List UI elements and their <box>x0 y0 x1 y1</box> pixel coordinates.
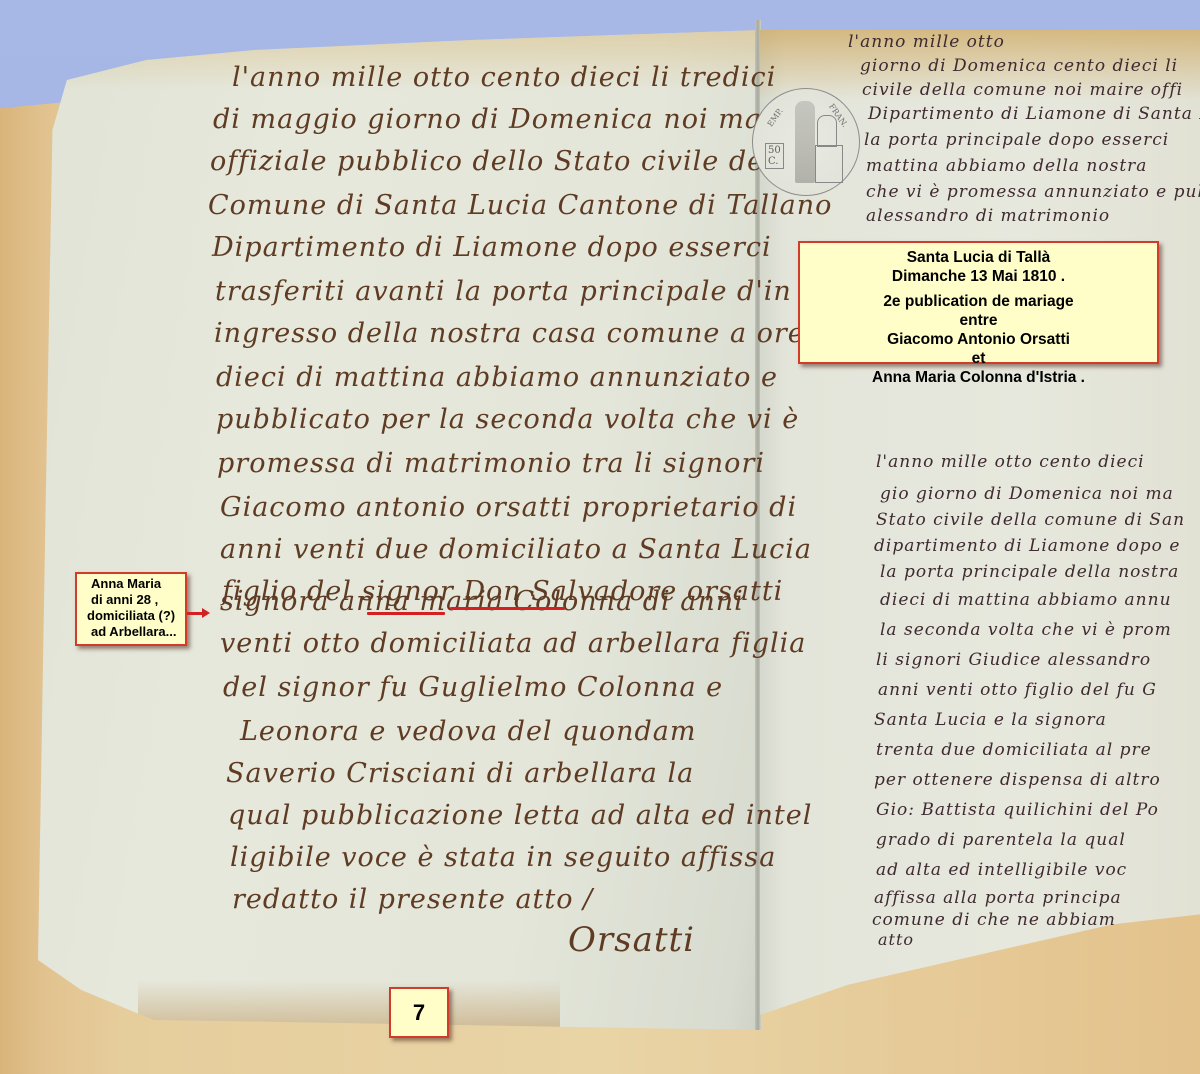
handwriting-line: li signori Giudice alessandro <box>876 650 1151 670</box>
arrow-right-icon <box>187 612 203 615</box>
handwriting-line: Stato civile della comune di San <box>876 510 1185 530</box>
handwriting-line: trasferiti avanti la porta principale d'… <box>215 276 792 307</box>
handwriting-line: qual pubblicazione letta ad alta ed inte… <box>228 800 812 831</box>
handwriting-line: Comune di Santa Lucia Cantone di Tallano <box>208 190 832 221</box>
annotation-groom: Giacomo Antonio Orsatti <box>800 330 1157 349</box>
handwriting-line: Dipartimento di Liamone di Santa Lucia <box>868 104 1200 124</box>
handwriting-line: Santa Lucia e la signora <box>874 710 1107 730</box>
handwriting-line: grado di parentela la qual <box>876 830 1126 850</box>
handwriting-line: la seconda volta che vi è prom <box>880 620 1172 640</box>
handwriting-line: Gio: Battista quilichini del Po <box>876 800 1159 820</box>
annotation-bride-details-box: Anna Maria di anni 28 , domiciliata (?) … <box>75 572 187 646</box>
underline-maria <box>450 607 565 610</box>
page-number-box: 7 <box>389 987 449 1038</box>
handwriting-line: ad alta ed intelligibile voc <box>876 860 1127 880</box>
handwriting-line: per ottenere dispensa di altro <box>874 770 1161 790</box>
handwriting-line: mattina abbiamo della nostra <box>866 156 1147 176</box>
handwriting-line: affissa alla porta principa <box>874 888 1122 908</box>
handwriting-line: ligibile voce è stata in seguito affissa <box>230 842 776 873</box>
handwriting-line: venti otto domiciliata ad arbellara figl… <box>220 628 806 659</box>
handwriting-line: la porta principale dopo esserci <box>864 130 1169 150</box>
annotation-place: Santa Lucia di Tallà <box>800 248 1157 267</box>
handwriting-line: dieci di mattina abbiamo annu <box>880 590 1172 610</box>
handwriting-line: alessandro di matrimonio <box>866 206 1110 226</box>
annotation-date: Dimanche 13 Mai 1810 . <box>800 267 1157 286</box>
underline-anna <box>367 612 445 615</box>
handwriting-line: la porta principale della nostra <box>880 562 1179 582</box>
handwriting-line: dipartimento di Liamone dopo e <box>874 536 1180 556</box>
handwriting-line: Dipartimento di Liamone dopo esserci <box>212 232 772 263</box>
side-line: ad Arbellara... <box>91 624 185 640</box>
handwriting-line: promessa di matrimonio tra li signori <box>217 448 765 479</box>
handwriting-line: comune di che ne abbiam <box>872 910 1116 930</box>
tax-stamp: EMP. FRAN. 50 C. <box>752 88 860 196</box>
handwriting-line: pubblicato per la seconda volta che vi è <box>216 404 799 435</box>
handwriting-line: redatto il presente atto / <box>232 884 593 915</box>
handwriting-line: civile della comune noi maire offi <box>862 80 1183 100</box>
stamp-tablets <box>817 115 837 147</box>
handwriting-line: del signor fu Guglielmo Colonna e <box>223 672 723 703</box>
handwriting-line: che vi è promessa annunziato e pub <box>866 182 1200 202</box>
handwriting-line-highlighted: signora anna maria Colonna di anni <box>220 586 744 617</box>
left-manuscript-page <box>38 30 760 1030</box>
handwriting-line: offiziale pubblico dello Stato civile de… <box>210 146 800 177</box>
handwriting-line: l'anno mille otto cento dieci li tredici <box>232 62 776 93</box>
stamp-pedestal <box>815 145 843 183</box>
annotation-and: et <box>800 349 1157 368</box>
handwriting-line: di maggio giorno di Domenica noi maire <box>213 104 802 135</box>
stamp-figure <box>795 101 815 183</box>
handwriting-line: Leonora e vedova del quondam <box>240 716 696 747</box>
handwriting-line: ingresso della nostra casa comune a ore <box>214 318 805 349</box>
stamp-text-left: EMP. <box>766 107 785 129</box>
handwriting-line: Giacomo antonio orsatti proprietario di <box>220 492 797 523</box>
side-line: di anni 28 , <box>91 592 185 608</box>
side-line: domiciliata (?) <box>87 608 185 624</box>
handwriting-line: anni venti due domiciliato a Santa Lucia <box>220 534 812 565</box>
annotation-bride: Anna Maria Colonna d'Istria . <box>800 368 1157 387</box>
handwriting-line: l'anno mille otto cento dieci <box>876 452 1145 472</box>
handwriting-line: gio giorno di Domenica noi ma <box>880 484 1174 504</box>
handwriting-line: Saverio Crisciani di arbellara la <box>226 758 694 789</box>
handwriting-line: trenta due domiciliata al pre <box>876 740 1152 760</box>
handwriting-line: giorno di Domenica cento dieci li <box>860 56 1178 76</box>
annotation-summary-box: Santa Lucia di Tallà Dimanche 13 Mai 181… <box>798 241 1159 364</box>
side-line: Anna Maria <box>91 576 185 592</box>
handwriting-line: atto <box>878 930 914 949</box>
handwriting-line: l'anno mille otto <box>848 32 1005 52</box>
annotation-between: entre <box>800 311 1157 330</box>
handwriting-line: anni venti otto figlio del fu G <box>878 680 1157 700</box>
stamp-value: 50 C. <box>765 143 784 169</box>
handwriting-line: dieci di mattina abbiamo annunziato e <box>216 362 778 393</box>
annotation-event: 2e publication de mariage <box>800 292 1157 311</box>
signature: Orsatti <box>568 920 695 960</box>
